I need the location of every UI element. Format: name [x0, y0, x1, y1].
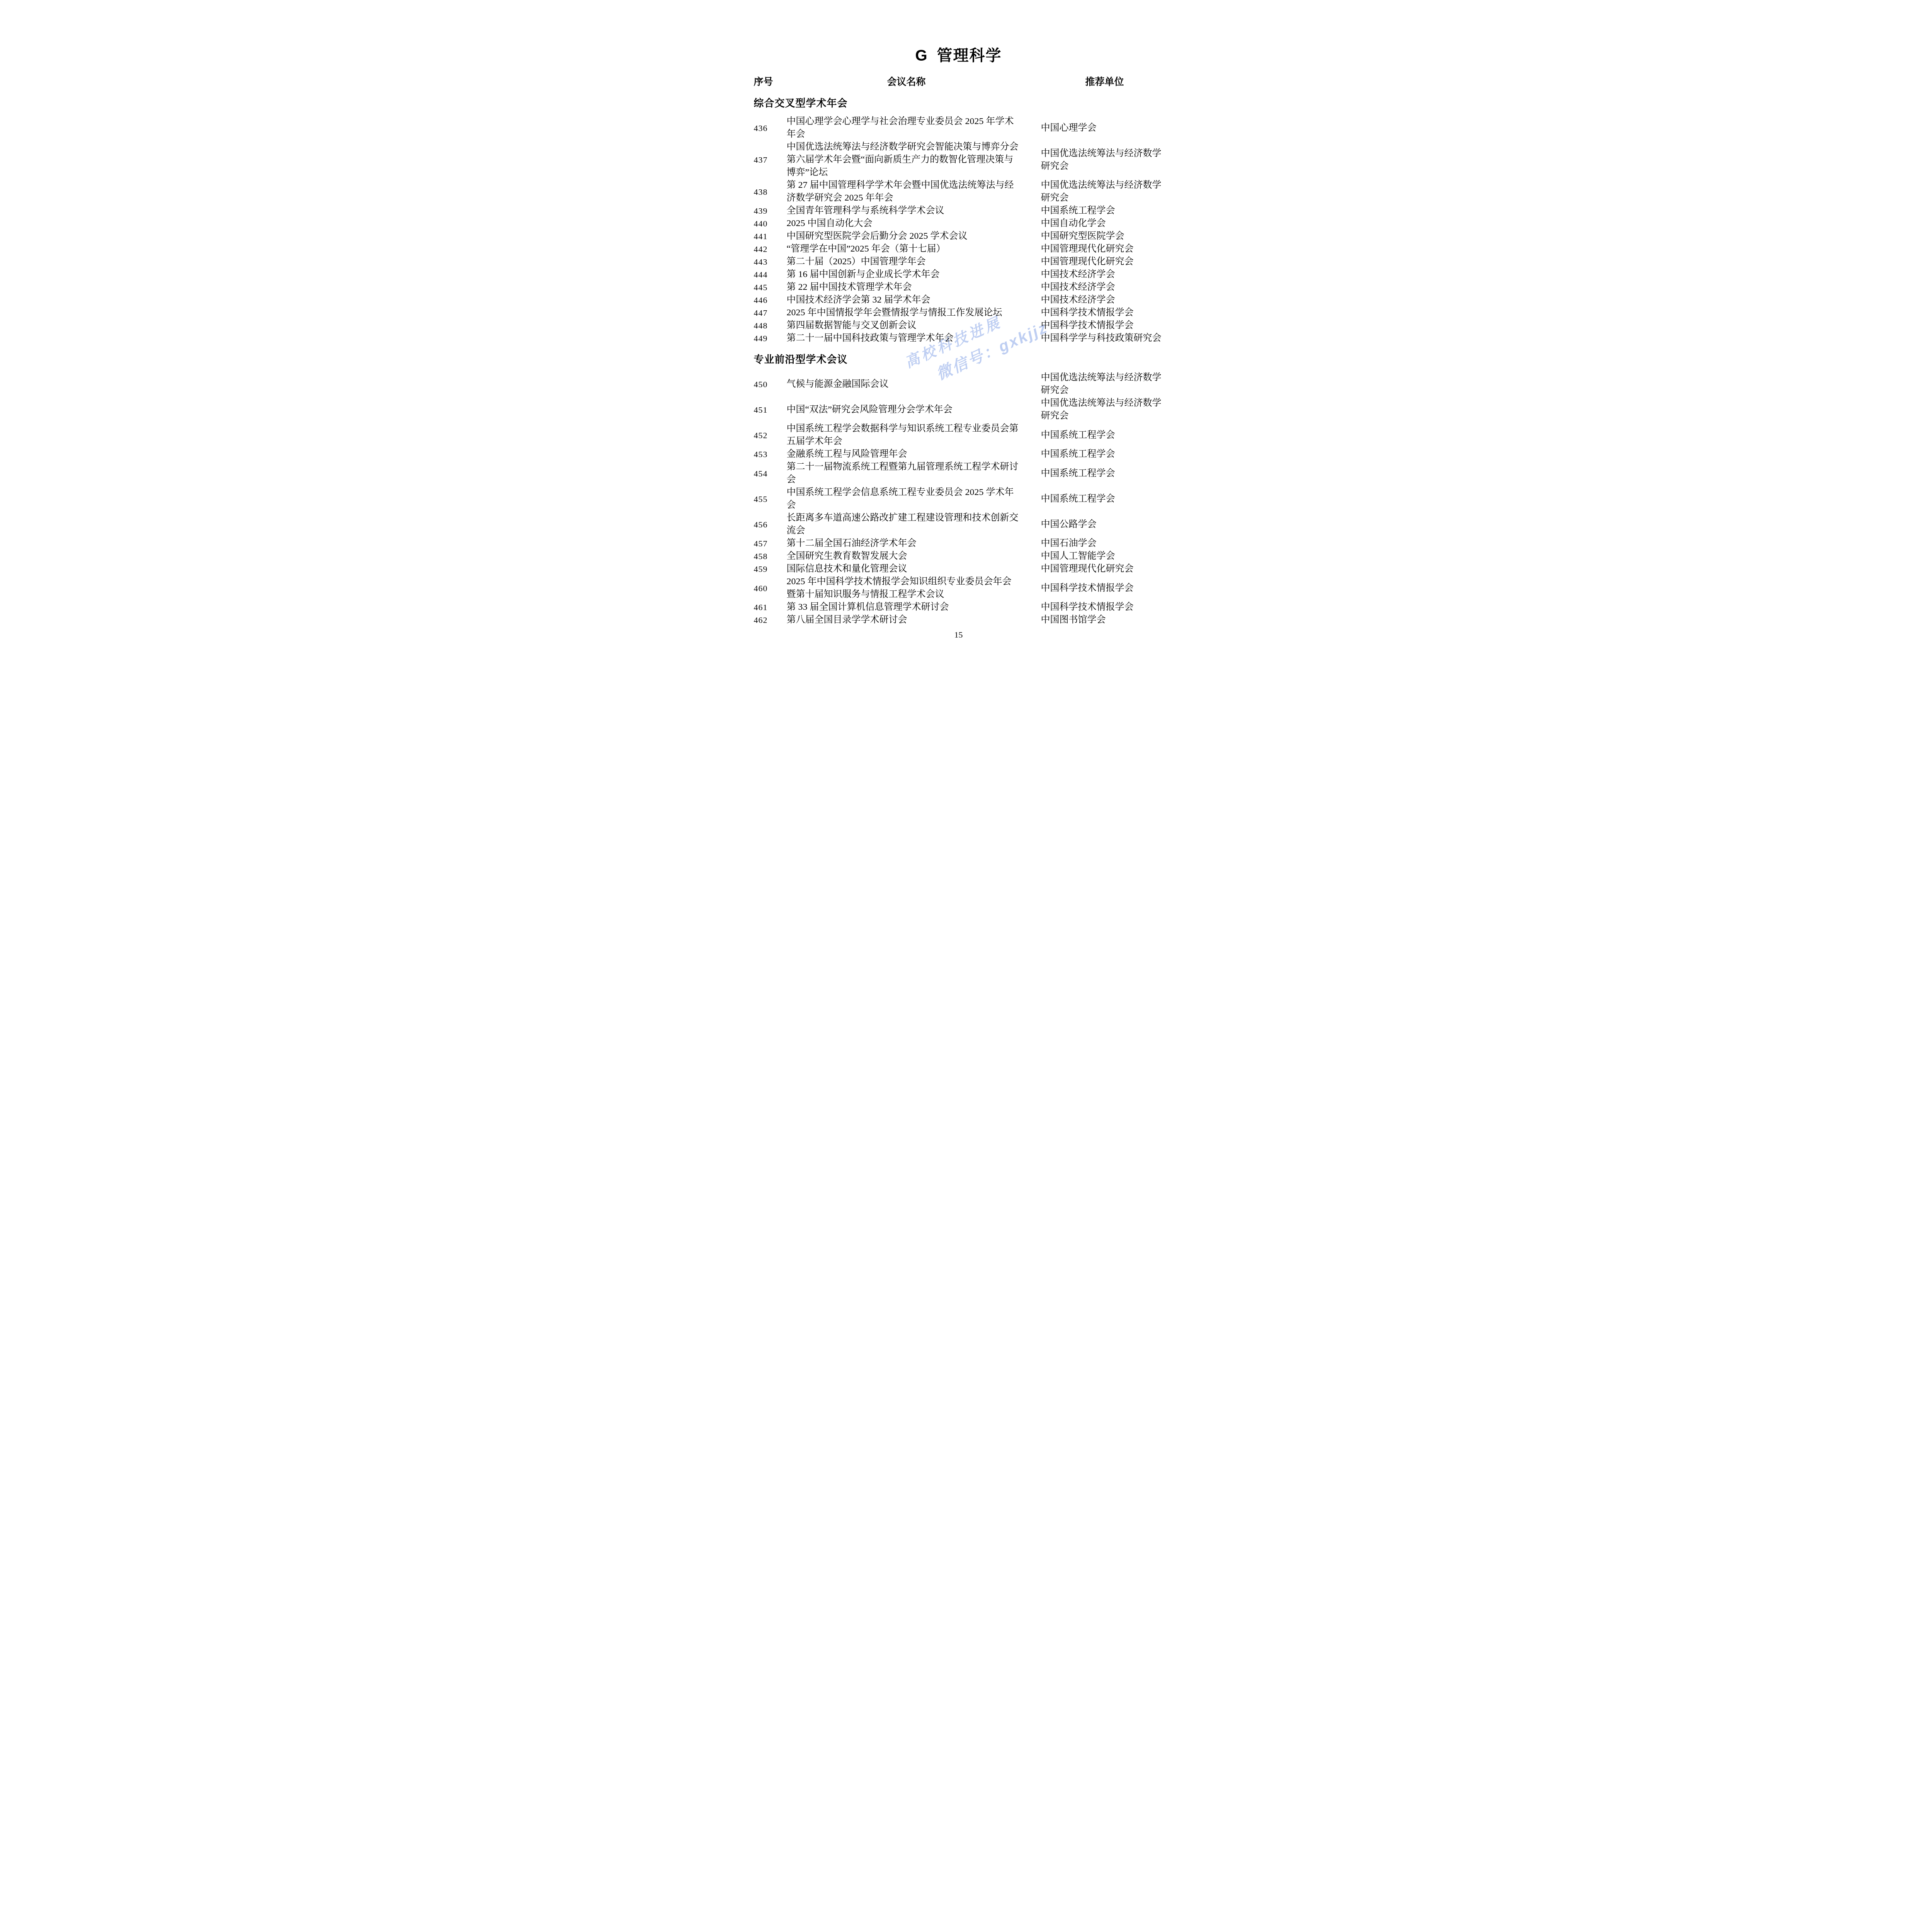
table-row: 453金融系统工程与风险管理年会中国系统工程学会 — [719, 448, 1198, 461]
page-content: G 管理科学 序号 会议名称 推荐单位 综合交叉型学术年会436中国心理学会心理… — [719, 0, 1198, 626]
table-row: 450气候与能源金融国际会议中国优选法统筹法与经济数学 研究会 — [719, 371, 1198, 397]
row-index: 445 — [754, 281, 787, 294]
column-header-index: 序号 — [754, 76, 787, 88]
conference-name: 2025 年中国科学技术情报学会知识组织专业委员会年会 暨第十届知识服务与情报工… — [787, 575, 1026, 601]
page-title: G 管理科学 — [719, 46, 1198, 66]
table-row: 456长距离多车道高速公路改扩建工程建设管理和技术创新交 流会中国公路学会 — [719, 512, 1198, 537]
table-row: 4402025 中国自动化大会中国自动化学会 — [719, 217, 1198, 230]
table-row: 4602025 年中国科学技术情报学会知识组织专业委员会年会 暨第十届知识服务与… — [719, 575, 1198, 601]
table-row: 451中国“双法”研究会风险管理分会学术年会中国优选法统筹法与经济数学 研究会 — [719, 397, 1198, 422]
recommending-unit: 中国科学技术情报学会 — [1041, 319, 1169, 332]
table-row: 442“管理学在中国”2025 年会（第十七届）中国管理现代化研究会 — [719, 243, 1198, 255]
table-row: 438第 27 届中国管理科学学术年会暨中国优选法统筹法与经 济数学研究会 20… — [719, 179, 1198, 204]
conference-name: 中国系统工程学会数据科学与知识系统工程专业委员会第 五届学术年会 — [787, 422, 1026, 448]
conference-name: 第二十一届物流系统工程暨第九届管理系统工程学术研讨 会 — [787, 461, 1026, 486]
recommending-unit: 中国管理现代化研究会 — [1041, 563, 1169, 575]
row-index: 451 — [754, 403, 787, 416]
table-row: 448第四届数据智能与交叉创新会议中国科学技术情报学会 — [719, 319, 1198, 332]
recommending-unit: 中国管理现代化研究会 — [1041, 243, 1169, 255]
table-row: 449第二十一届中国科技政策与管理学术年会中国科学学与科技政策研究会 — [719, 332, 1198, 345]
recommending-unit: 中国管理现代化研究会 — [1041, 255, 1169, 268]
conference-name: 第 27 届中国管理科学学术年会暨中国优选法统筹法与经 济数学研究会 2025 … — [787, 179, 1026, 204]
recommending-unit: 中国研究型医院学会 — [1041, 230, 1169, 243]
recommending-unit: 中国优选法统筹法与经济数学 研究会 — [1041, 147, 1169, 173]
recommending-unit: 中国优选法统筹法与经济数学 研究会 — [1041, 179, 1169, 204]
recommending-unit: 中国技术经济学会 — [1041, 294, 1169, 306]
table-row: 441中国研究型医院学会后勤分会 2025 学术会议中国研究型医院学会 — [719, 230, 1198, 243]
conference-name: 全国青年管理科学与系统科学学术会议 — [787, 204, 1026, 217]
row-index: 447 — [754, 306, 787, 319]
row-index: 441 — [754, 230, 787, 243]
conference-name: 2025 年中国情报学年会暨情报学与情报工作发展论坛 — [787, 306, 1026, 319]
row-index: 462 — [754, 614, 787, 626]
conference-name: “管理学在中国”2025 年会（第十七届） — [787, 243, 1026, 255]
row-index: 459 — [754, 563, 787, 575]
recommending-unit: 中国公路学会 — [1041, 518, 1169, 531]
recommending-unit: 中国心理学会 — [1041, 122, 1169, 134]
row-index: 450 — [754, 378, 787, 391]
conference-name: 第二十届（2025）中国管理学年会 — [787, 255, 1026, 268]
row-index: 457 — [754, 537, 787, 550]
document-page: 高校科技进展 微信号：gxkjjz G 管理科学 序号 会议名称 推荐单位 综合… — [719, 0, 1198, 678]
row-index: 444 — [754, 268, 787, 281]
recommending-unit: 中国系统工程学会 — [1041, 204, 1169, 217]
conference-name: 长距离多车道高速公路改扩建工程建设管理和技术创新交 流会 — [787, 512, 1026, 537]
recommending-unit: 中国技术经济学会 — [1041, 268, 1169, 281]
table-row: 459国际信息技术和量化管理会议中国管理现代化研究会 — [719, 563, 1198, 575]
conference-name: 第二十一届中国科技政策与管理学术年会 — [787, 332, 1026, 345]
recommending-unit: 中国科学技术情报学会 — [1041, 582, 1169, 595]
table-row: 446中国技术经济学会第 32 届学术年会中国技术经济学会 — [719, 294, 1198, 306]
table-body: 综合交叉型学术年会436中国心理学会心理学与社会治理专业委员会 2025 年学术… — [719, 97, 1198, 626]
row-index: 446 — [754, 294, 787, 306]
conference-name: 金融系统工程与风险管理年会 — [787, 448, 1026, 461]
row-index: 437 — [754, 153, 787, 166]
row-index: 440 — [754, 217, 787, 230]
recommending-unit: 中国优选法统筹法与经济数学 研究会 — [1041, 371, 1169, 397]
conference-name: 第八届全国目录学学术研讨会 — [787, 614, 1026, 626]
row-index: 453 — [754, 448, 787, 461]
recommending-unit: 中国系统工程学会 — [1041, 493, 1169, 505]
recommending-unit: 中国系统工程学会 — [1041, 467, 1169, 480]
table-row: 452中国系统工程学会数据科学与知识系统工程专业委员会第 五届学术年会中国系统工… — [719, 422, 1198, 448]
conference-name: 中国技术经济学会第 32 届学术年会 — [787, 294, 1026, 306]
row-index: 449 — [754, 332, 787, 345]
table-row: 458全国研究生教育数智发展大会中国人工智能学会 — [719, 550, 1198, 563]
row-index: 439 — [754, 204, 787, 217]
table-row: 436中国心理学会心理学与社会治理专业委员会 2025 年学术 年会中国心理学会 — [719, 115, 1198, 141]
table-row: 454第二十一届物流系统工程暨第九届管理系统工程学术研讨 会中国系统工程学会 — [719, 461, 1198, 486]
recommending-unit: 中国人工智能学会 — [1041, 550, 1169, 563]
recommending-unit: 中国技术经济学会 — [1041, 281, 1169, 294]
row-index: 458 — [754, 550, 787, 563]
conference-name: 2025 中国自动化大会 — [787, 217, 1026, 230]
row-index: 443 — [754, 255, 787, 268]
row-index: 461 — [754, 601, 787, 614]
conference-name: 中国“双法”研究会风险管理分会学术年会 — [787, 403, 1026, 416]
row-index: 455 — [754, 493, 787, 505]
row-index: 460 — [754, 582, 787, 595]
conference-name: 第 33 届全国计算机信息管理学术研讨会 — [787, 601, 1026, 614]
table-row: 443第二十届（2025）中国管理学年会中国管理现代化研究会 — [719, 255, 1198, 268]
table-row: 462第八届全国目录学学术研讨会中国图书馆学会 — [719, 614, 1198, 626]
page-number: 15 — [719, 630, 1198, 640]
section-heading: 专业前沿型学术会议 — [754, 353, 1198, 366]
conference-name: 中国优选法统筹法与经济数学研究会智能决策与博弈分会 第六届学术年会暨“面向新质生… — [787, 141, 1026, 179]
recommending-unit: 中国石油学会 — [1041, 537, 1169, 550]
recommending-unit: 中国自动化学会 — [1041, 217, 1169, 230]
conference-name: 中国系统工程学会信息系统工程专业委员会 2025 学术年 会 — [787, 486, 1026, 512]
row-index: 442 — [754, 243, 787, 255]
recommending-unit: 中国优选法统筹法与经济数学 研究会 — [1041, 397, 1169, 422]
recommending-unit: 中国科学技术情报学会 — [1041, 306, 1169, 319]
recommending-unit: 中国科学学与科技政策研究会 — [1041, 332, 1169, 345]
row-index: 454 — [754, 467, 787, 480]
row-index: 456 — [754, 518, 787, 531]
conference-name: 第四届数据智能与交叉创新会议 — [787, 319, 1026, 332]
table-row: 455中国系统工程学会信息系统工程专业委员会 2025 学术年 会中国系统工程学… — [719, 486, 1198, 512]
conference-name: 国际信息技术和量化管理会议 — [787, 563, 1026, 575]
table-column-headers: 序号 会议名称 推荐单位 — [719, 76, 1198, 88]
row-index: 436 — [754, 122, 787, 134]
recommending-unit: 中国图书馆学会 — [1041, 614, 1169, 626]
conference-name: 第十二届全国石油经济学术年会 — [787, 537, 1026, 550]
row-index: 452 — [754, 429, 787, 442]
recommending-unit: 中国系统工程学会 — [1041, 429, 1169, 442]
conference-name: 中国心理学会心理学与社会治理专业委员会 2025 年学术 年会 — [787, 115, 1026, 141]
recommending-unit: 中国系统工程学会 — [1041, 448, 1169, 461]
table-row: 439全国青年管理科学与系统科学学术会议中国系统工程学会 — [719, 204, 1198, 217]
conference-name: 中国研究型医院学会后勤分会 2025 学术会议 — [787, 230, 1026, 243]
column-header-name: 会议名称 — [787, 76, 1026, 88]
conference-name: 第 16 届中国创新与企业成长学术年会 — [787, 268, 1026, 281]
row-index: 448 — [754, 319, 787, 332]
table-row: 461第 33 届全国计算机信息管理学术研讨会中国科学技术情报学会 — [719, 601, 1198, 614]
column-header-unit: 推荐单位 — [1041, 76, 1169, 88]
table-row: 437中国优选法统筹法与经济数学研究会智能决策与博弈分会 第六届学术年会暨“面向… — [719, 141, 1198, 179]
table-row: 445第 22 届中国技术管理学术年会中国技术经济学会 — [719, 281, 1198, 294]
table-row: 4472025 年中国情报学年会暨情报学与情报工作发展论坛中国科学技术情报学会 — [719, 306, 1198, 319]
recommending-unit: 中国科学技术情报学会 — [1041, 601, 1169, 614]
conference-name: 全国研究生教育数智发展大会 — [787, 550, 1026, 563]
table-row: 444第 16 届中国创新与企业成长学术年会中国技术经济学会 — [719, 268, 1198, 281]
table-row: 457第十二届全国石油经济学术年会中国石油学会 — [719, 537, 1198, 550]
conference-name: 气候与能源金融国际会议 — [787, 378, 1026, 391]
conference-name: 第 22 届中国技术管理学术年会 — [787, 281, 1026, 294]
row-index: 438 — [754, 185, 787, 198]
section-heading: 综合交叉型学术年会 — [754, 97, 1198, 110]
